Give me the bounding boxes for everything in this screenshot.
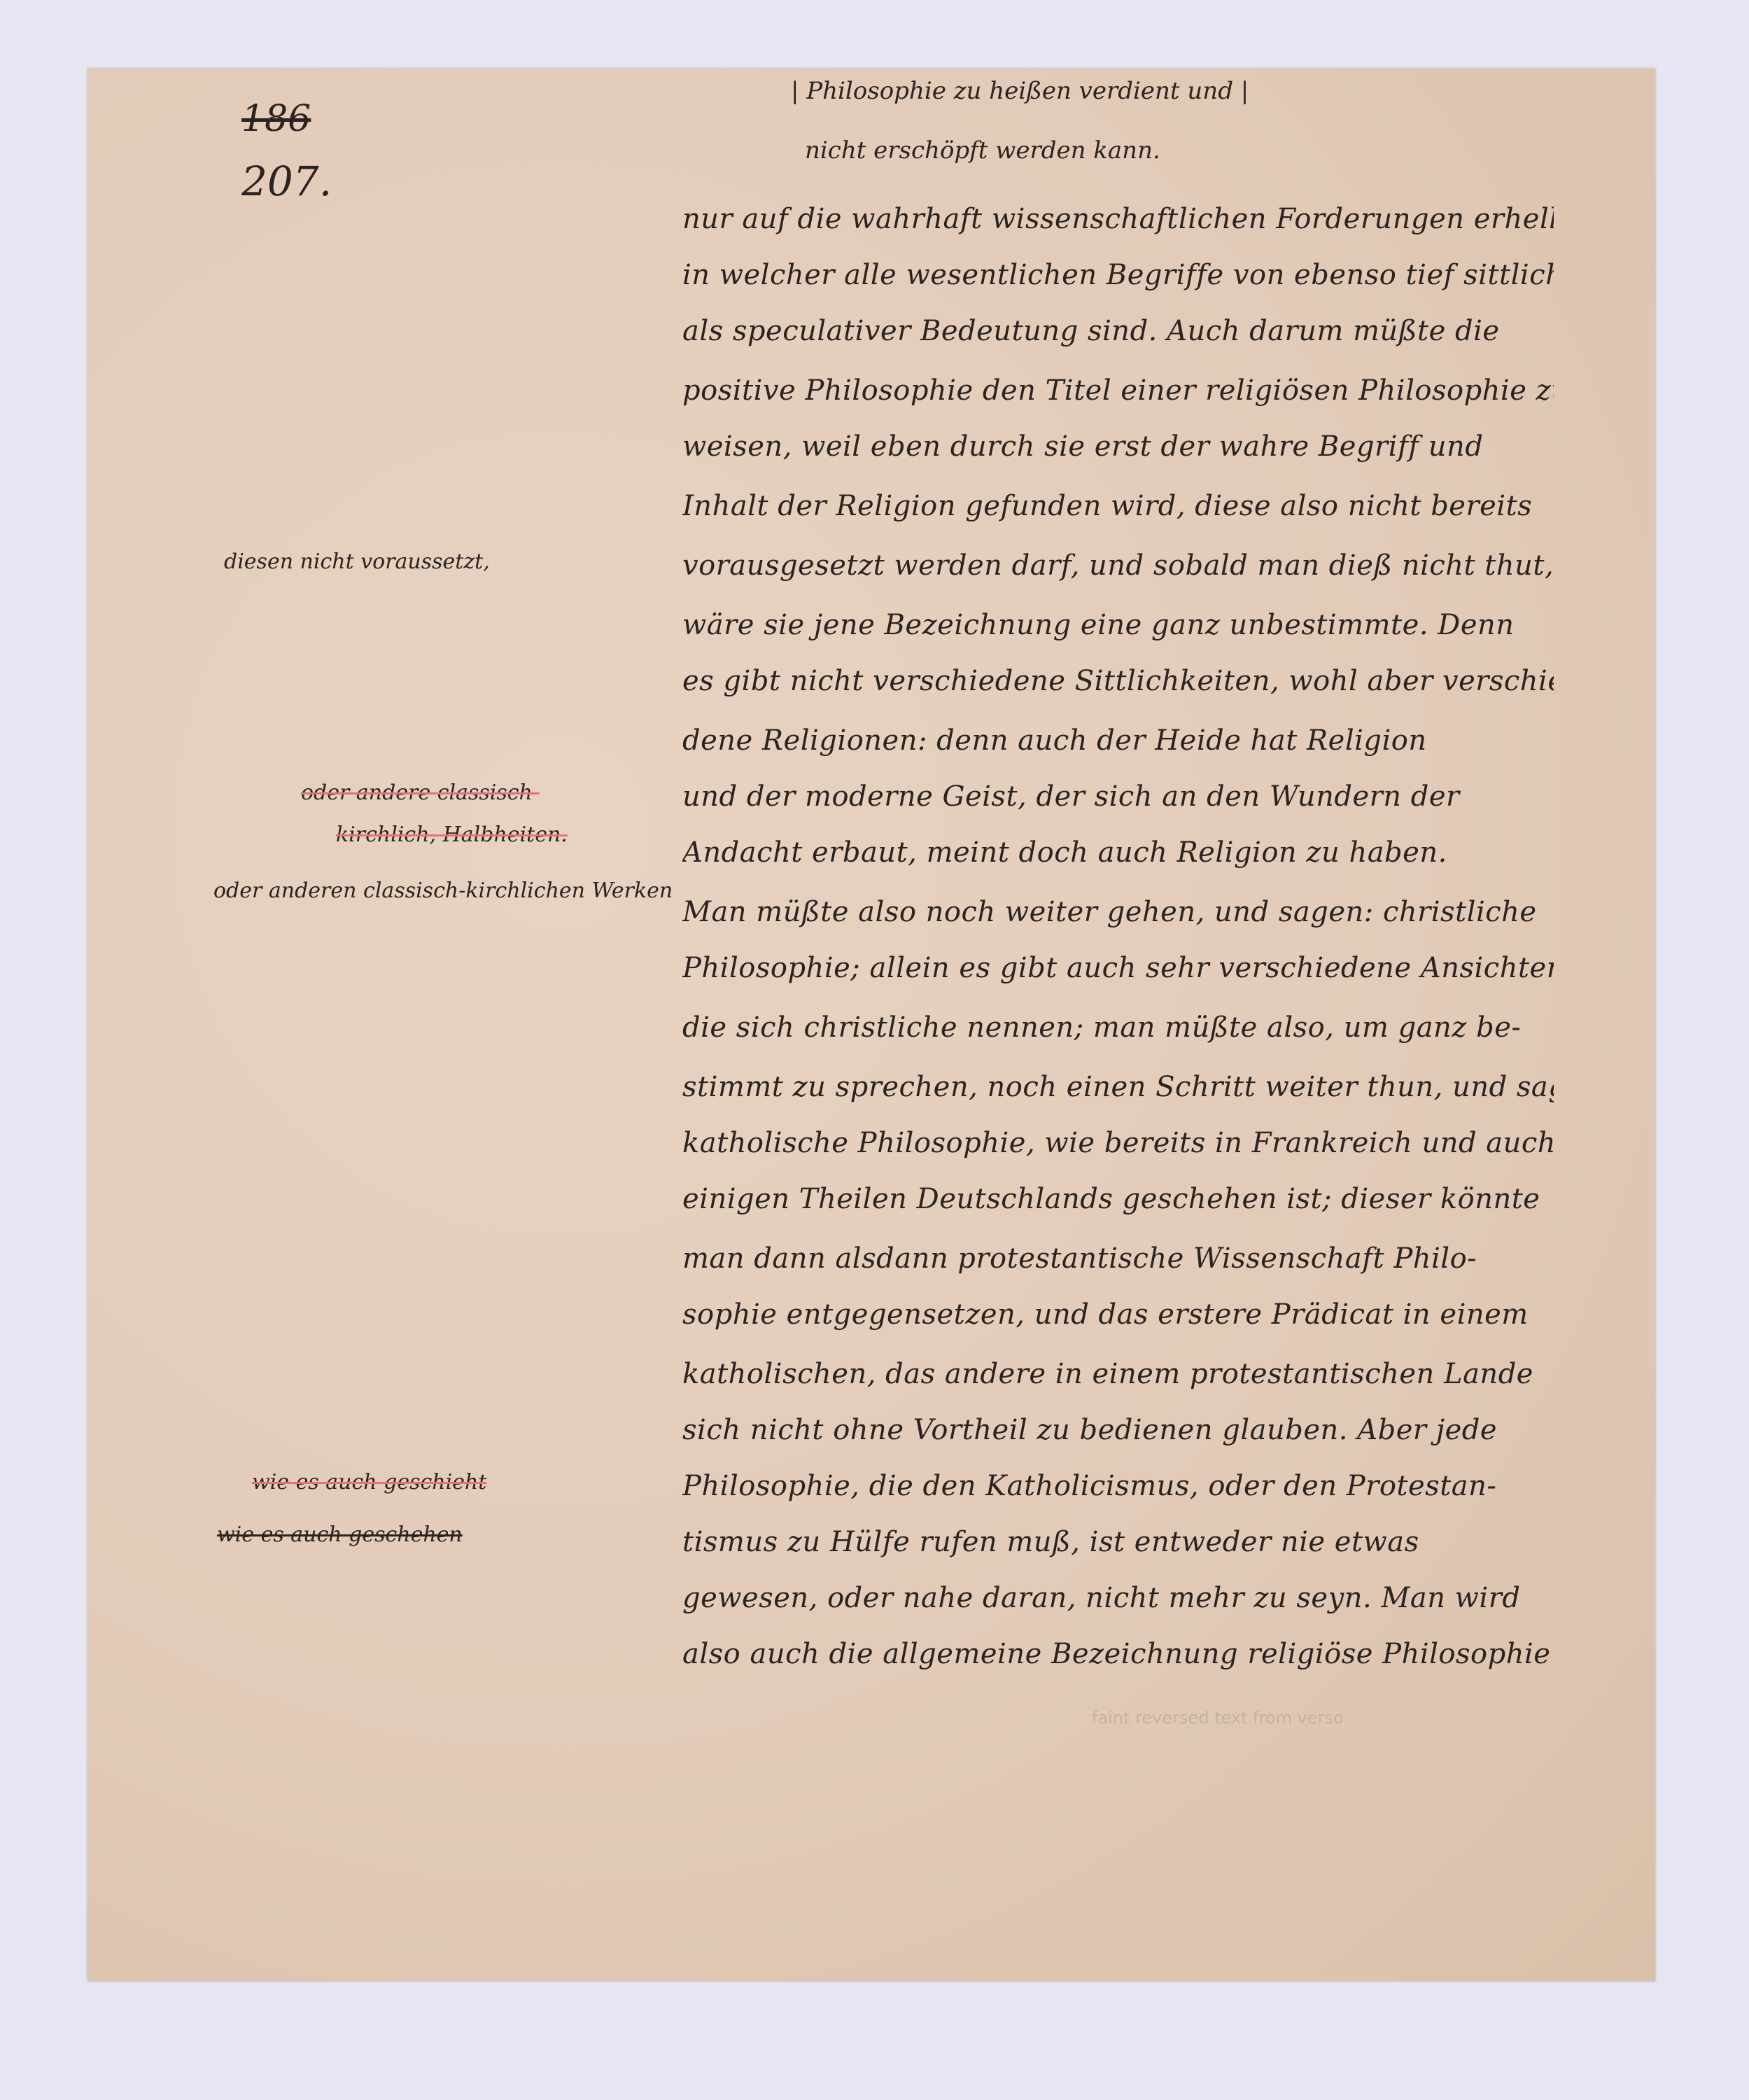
- body-line: Philosophie; allein es gibt auch sehr ve…: [682, 952, 1554, 984]
- body-line: sophie entgegensetzen, und das erstere P…: [682, 1298, 1554, 1331]
- header-insert-line-1: | Philosophie zu heißen verdient und |: [791, 77, 1249, 105]
- margin-note-struck: wie es auch geschehen: [217, 1522, 463, 1547]
- margin-note-struck: wie es auch geschieht: [252, 1470, 486, 1494]
- body-line: Philosophie, die den Katholicismus, oder…: [682, 1470, 1554, 1502]
- body-line: dene Religionen: denn auch der Heide hat…: [682, 724, 1554, 757]
- margin-note-struck: kirchlich, Halbheiten.: [336, 822, 568, 847]
- old-page-number: 186: [241, 98, 311, 140]
- body-line: positive Philosophie den Titel einer rel…: [682, 374, 1554, 407]
- body-line: und der moderne Geist, der sich an den W…: [682, 780, 1554, 813]
- page-number: 207.: [241, 157, 332, 205]
- body-line: die sich christliche nennen; man müßte a…: [682, 1011, 1554, 1044]
- body-line: stimmt zu sprechen, noch einen Schritt w…: [682, 1071, 1554, 1103]
- margin-note: diesen nicht voraussetzt,: [224, 549, 490, 574]
- body-line: sich nicht ohne Vortheil zu bedienen gla…: [682, 1414, 1554, 1446]
- body-line: vorausgesetzt werden darf, und sobald ma…: [682, 549, 1554, 582]
- body-line: tismus zu Hülfe rufen muß, ist entweder …: [682, 1526, 1554, 1558]
- body-line: gewesen, oder nahe daran, nicht mehr zu …: [682, 1582, 1554, 1614]
- body-line: wäre sie jene Bezeichnung eine ganz unbe…: [682, 609, 1554, 641]
- body-line: Inhalt der Religion gefunden wird, diese…: [682, 490, 1554, 522]
- body-line: Andacht erbaut, meint doch auch Religion…: [682, 836, 1554, 869]
- body-line: einigen Theilen Deutschlands geschehen i…: [682, 1183, 1554, 1215]
- header-insert-line-2: nicht erschöpft werden kann.: [805, 136, 1160, 164]
- body-line: Man müßte also noch weiter gehen, und sa…: [682, 896, 1554, 928]
- body-line: also auch die allgemeine Bezeichnung rel…: [682, 1638, 1554, 1670]
- margin-note-struck: oder andere classisch-: [301, 780, 540, 805]
- body-line: nur auf die wahrhaft wissenschaftlichen …: [682, 203, 1554, 235]
- body-line: katholischen, das andere in einem protes…: [682, 1358, 1554, 1390]
- body-line: in welcher alle wesentlichen Begriffe vo…: [682, 259, 1554, 291]
- bleed-through-text: faint reversed text from verso: [1092, 1708, 1344, 1728]
- body-line: als speculativer Bedeutung sind. Auch da…: [682, 315, 1554, 347]
- body-line: man dann alsdann protestantische Wissens…: [682, 1242, 1554, 1275]
- body-line: katholische Philosophie, wie bereits in …: [682, 1127, 1554, 1159]
- body-line: weisen, weil eben durch sie erst der wah…: [682, 430, 1554, 463]
- body-line: es gibt nicht verschiedene Sittlichkeite…: [682, 665, 1554, 697]
- margin-note: oder anderen classisch-kirchlichen Werke…: [213, 878, 673, 903]
